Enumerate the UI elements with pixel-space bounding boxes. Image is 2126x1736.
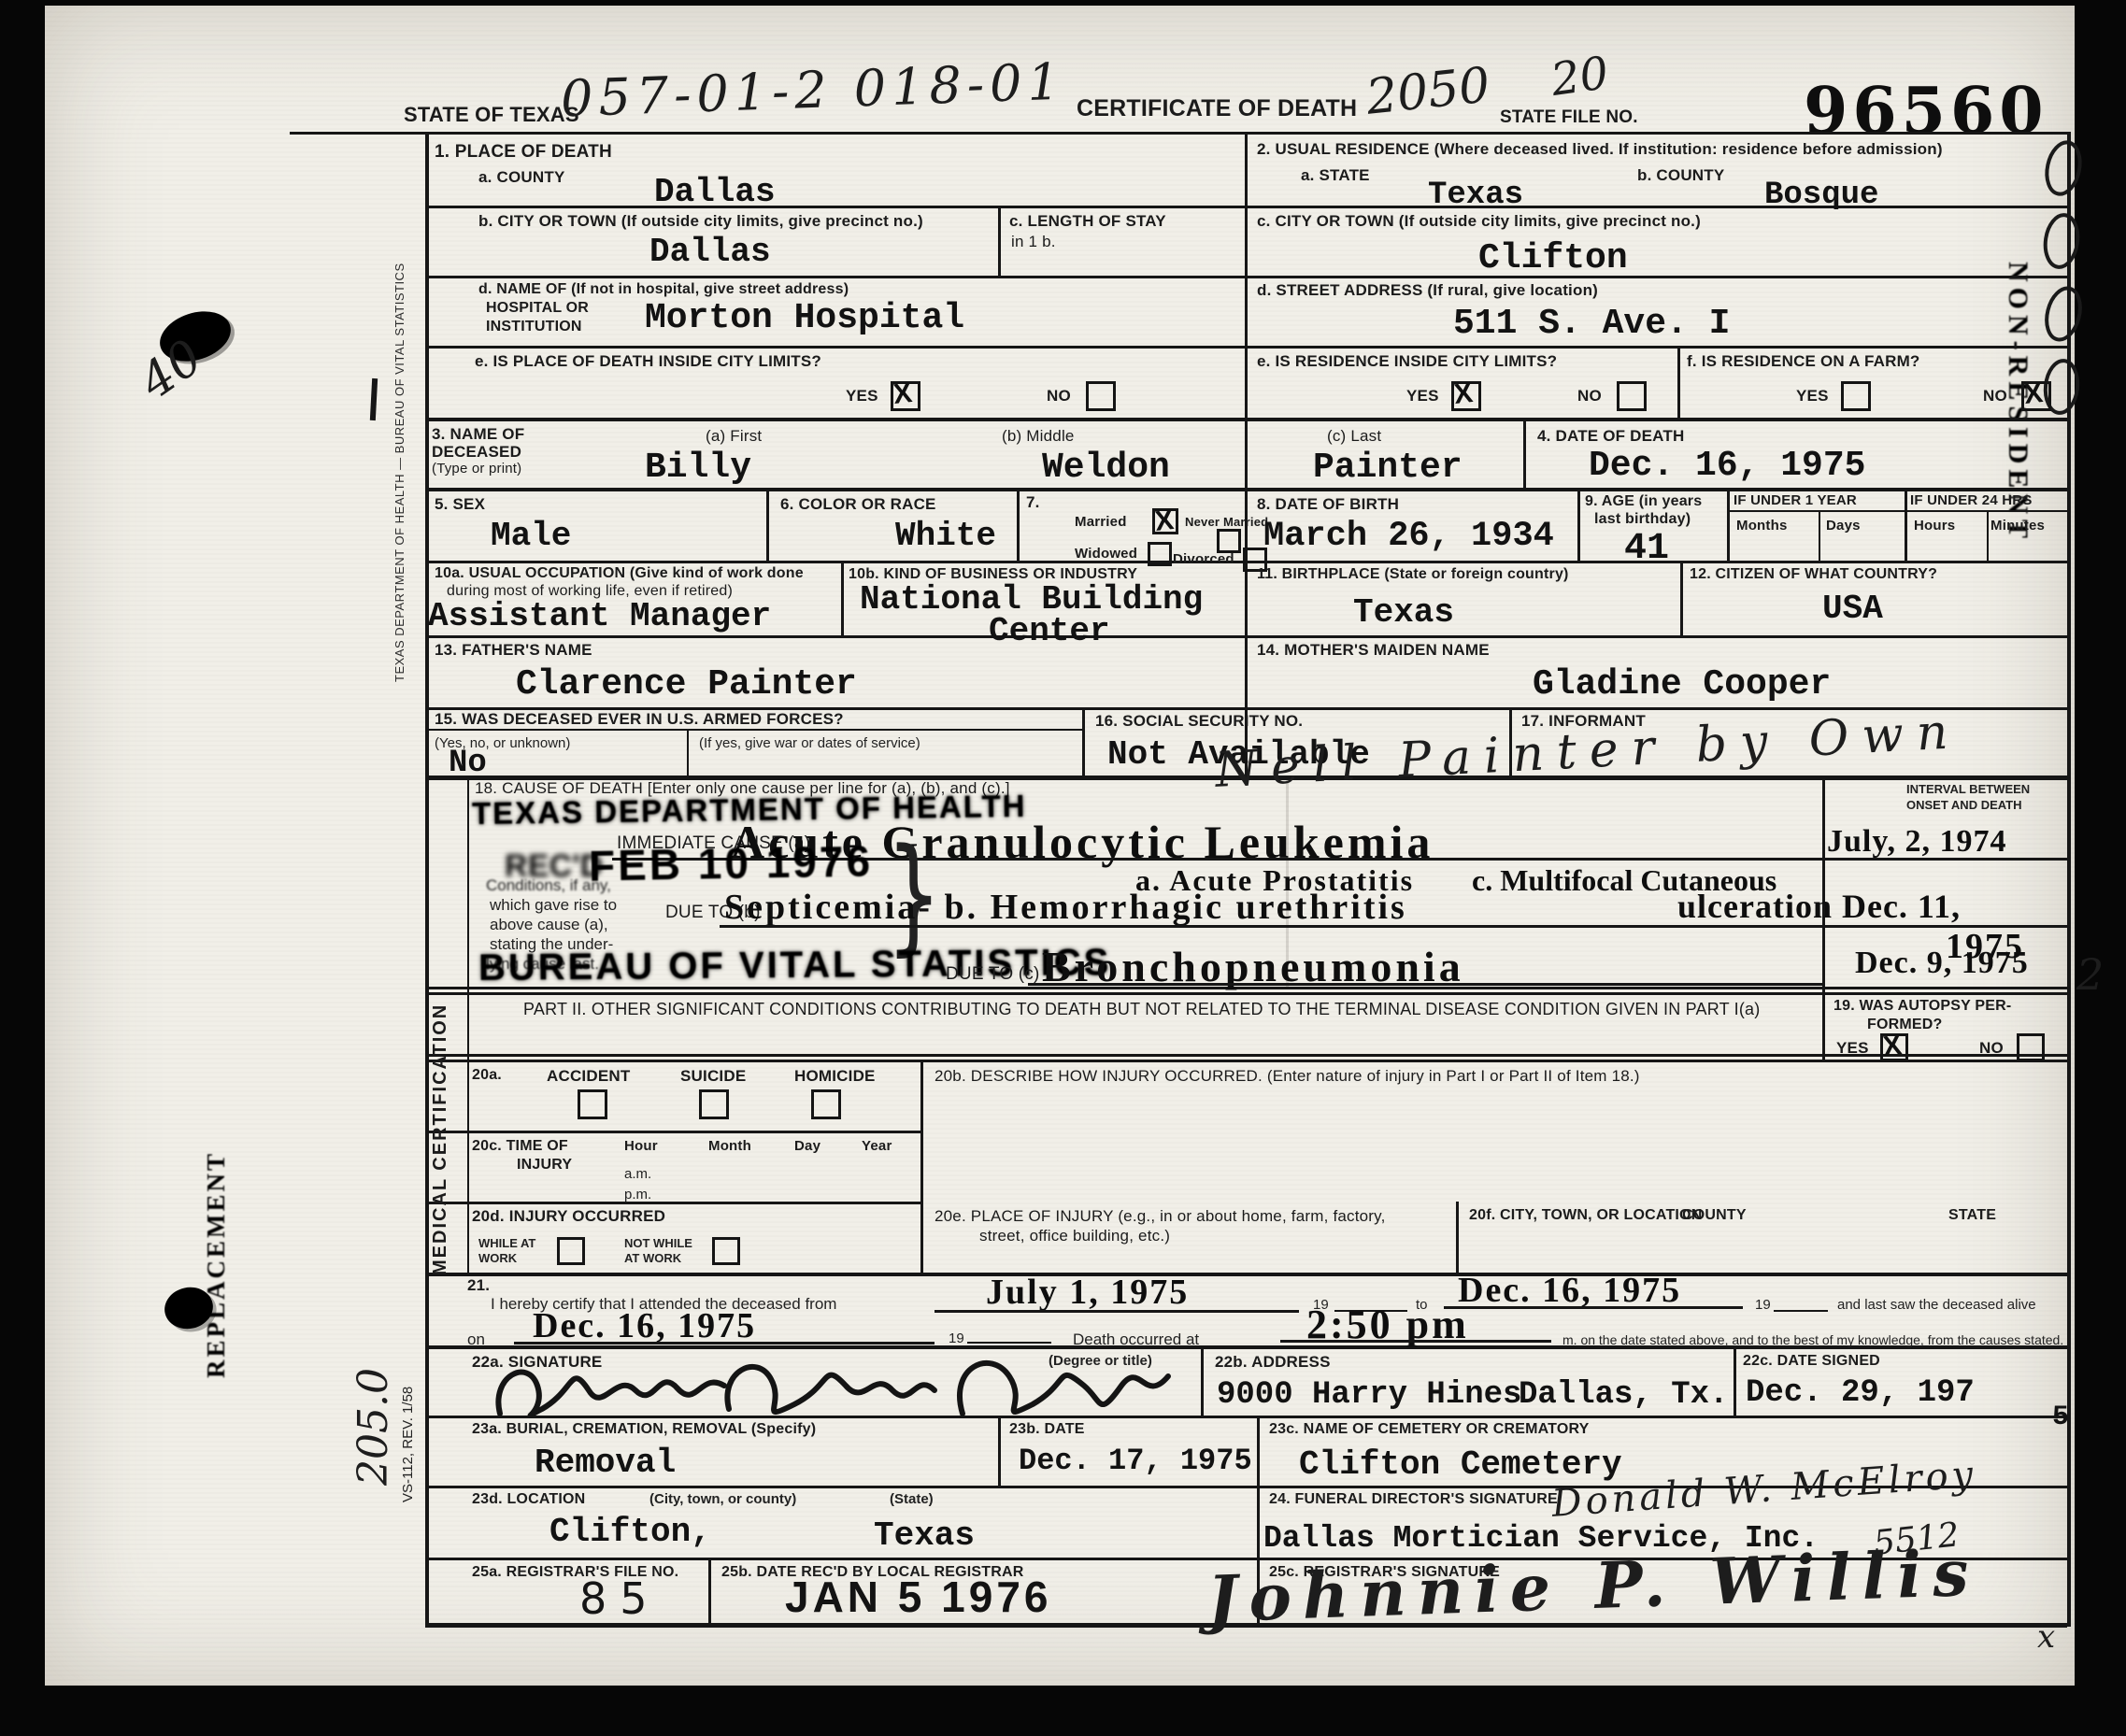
farm-yes: YES bbox=[1796, 387, 1829, 406]
burial-value: Removal bbox=[535, 1446, 676, 1480]
cemetery-value: Clifton Cemetery bbox=[1299, 1448, 1622, 1482]
under-24-hrs-label: IF UNDER 24 HRS bbox=[1910, 492, 2033, 508]
race-value: White bbox=[895, 519, 996, 553]
injury-county-label: COUNTY bbox=[1682, 1207, 1747, 1224]
certificate-title: CERTIFICATE OF DEATH bbox=[1077, 95, 1357, 122]
length-of-stay-label2: in 1 b. bbox=[1011, 233, 1056, 251]
accident-checkbox bbox=[578, 1089, 607, 1119]
date-of-death-label: 4. DATE OF DEATH bbox=[1537, 427, 1684, 446]
under-1-year-label: IF UNDER 1 YEAR bbox=[1734, 492, 1857, 508]
widowed-label: Widowed bbox=[1075, 546, 1137, 562]
autopsy-no: NO bbox=[1979, 1039, 2004, 1058]
day-label: Day bbox=[794, 1138, 820, 1154]
armed-forces-sub2: (If yes, give war or dates of service) bbox=[699, 735, 920, 751]
mother-label: 14. MOTHER'S MAIDEN NAME bbox=[1257, 641, 1490, 660]
name-label2: DECEASED bbox=[432, 443, 521, 462]
cause-note3: above cause (a), bbox=[490, 916, 608, 934]
farm-label: f. IS RESIDENCE ON A FARM? bbox=[1687, 352, 1920, 371]
not-while-label2: AT WORK bbox=[624, 1252, 681, 1266]
injury-occurred-label: 20d. INJURY OCCURRED bbox=[472, 1207, 665, 1226]
handwritten-20: 20 bbox=[1548, 50, 1611, 103]
location-state-value: Texas bbox=[874, 1519, 975, 1553]
residence-state-label: a. STATE bbox=[1301, 166, 1370, 185]
county-value: Dallas bbox=[654, 176, 776, 209]
not-while-label1: NOT WHILE bbox=[624, 1237, 692, 1251]
while-at-label2: WORK bbox=[478, 1252, 517, 1266]
due-to-b-value: Septicemia- b. Hemorrhagic urethritis bbox=[724, 889, 1407, 925]
sex-value: Male bbox=[491, 519, 571, 553]
hour-label: Hour bbox=[624, 1138, 658, 1154]
month-label: Month bbox=[708, 1138, 751, 1154]
citizen-label: 12. CITIZEN OF WHAT COUNTRY? bbox=[1690, 566, 1937, 583]
residence-state-value: Texas bbox=[1428, 179, 1523, 211]
street-label: d. STREET ADDRESS (If rural, give locati… bbox=[1257, 281, 1598, 300]
date-recd-value: JAN 5 1976 bbox=[785, 1575, 1052, 1618]
homicide-label: HOMICIDE bbox=[794, 1067, 876, 1086]
dob-label: 8. DATE OF BIRTH bbox=[1257, 495, 1399, 514]
county-label: a. COUNTY bbox=[478, 168, 564, 187]
injury-city-label: 20f. CITY, TOWN, OR LOCATION bbox=[1469, 1207, 1702, 1224]
death-limits-yes: YES bbox=[846, 387, 878, 406]
widowed-checkbox bbox=[1148, 542, 1172, 566]
hospital-label3: INSTITUTION bbox=[486, 319, 582, 335]
year-blank2: 19 bbox=[1755, 1297, 1771, 1313]
autopsy-yes: YES bbox=[1836, 1039, 1869, 1058]
farm-no: NO bbox=[1983, 387, 2007, 406]
birthplace-value: Texas bbox=[1353, 596, 1454, 630]
while-at-work-checkbox bbox=[557, 1237, 585, 1265]
attending-physician-signature bbox=[486, 1334, 1177, 1437]
margin-handwritten-batch: 205.0 bbox=[353, 1345, 394, 1486]
time-of-injury-label2: INJURY bbox=[517, 1157, 572, 1174]
handwritten-2050: 2050 bbox=[1364, 61, 1492, 122]
replacement-stamp: REPLACEMENT bbox=[202, 1182, 231, 1378]
middle-name-label: (b) Middle bbox=[1002, 427, 1075, 446]
interval-c-value: Dec. 9, 1975 bbox=[1855, 947, 2029, 979]
street-value: 511 S. Ave. I bbox=[1453, 306, 1730, 342]
occupation-label1: 10a. USUAL OCCUPATION (Give kind of work… bbox=[435, 565, 804, 582]
dob-value: March 26, 1934 bbox=[1263, 519, 1554, 554]
residence-county-label: b. COUNTY bbox=[1637, 166, 1724, 185]
name-label1: 3. NAME OF bbox=[432, 425, 524, 444]
location-label: 23d. LOCATION bbox=[472, 1491, 585, 1508]
age-label2: last birthday) bbox=[1594, 511, 1691, 528]
part2-label: PART II. OTHER SIGNIFICANT CONDITIONS CO… bbox=[523, 1000, 1760, 1019]
21-num: 21. bbox=[467, 1276, 490, 1295]
last-name-value: Painter bbox=[1313, 450, 1463, 486]
state-of-texas-label: STATE OF TEXAS bbox=[404, 103, 579, 126]
time-of-injury-label1: 20c. TIME OF bbox=[472, 1138, 568, 1155]
year-label: Year bbox=[862, 1138, 892, 1154]
minutes-label: Minutes bbox=[1990, 518, 2045, 534]
father-value: Clarence Painter bbox=[516, 667, 857, 703]
autopsy-label2: FORMED? bbox=[1867, 1017, 1943, 1033]
address-value1: 9000 Harry Hines bbox=[1217, 1379, 1521, 1411]
registrar-file-value: 85 bbox=[579, 1577, 661, 1620]
due-to-b-right: ulceration Dec. 11, bbox=[1677, 889, 1961, 923]
autopsy-label1: 19. WAS AUTOPSY PER- bbox=[1833, 998, 2011, 1015]
date-signed-value: Dec. 29, 197 bbox=[1746, 1377, 1975, 1409]
interval-label2: ONSET AND DEATH bbox=[1906, 799, 2022, 813]
funeral-director-label: 24. FUNERAL DIRECTOR'S SIGNATURE bbox=[1269, 1491, 1558, 1508]
attended-from-value: July 1, 1975 bbox=[986, 1274, 1189, 1310]
place-of-injury-label2: street, office building, etc.) bbox=[979, 1227, 1170, 1245]
city-value: Dallas bbox=[649, 235, 771, 269]
father-label: 13. FATHER'S NAME bbox=[435, 641, 592, 660]
age-value: 41 bbox=[1624, 531, 1669, 568]
residence-limits-no-checkbox bbox=[1617, 381, 1647, 411]
death-limits-no: NO bbox=[1047, 387, 1071, 406]
city-label: b. CITY OR TOWN (If outside city limits,… bbox=[478, 212, 923, 231]
hospital-label2: HOSPITAL OR bbox=[486, 300, 589, 317]
usual-residence-title: 2. USUAL RESIDENCE (Where deceased lived… bbox=[1257, 140, 1943, 159]
ssn-label: 16. SOCIAL SECURITY NO. bbox=[1095, 712, 1303, 731]
residence-limits-no: NO bbox=[1577, 387, 1602, 406]
middle-name-value: Weldon bbox=[1042, 450, 1170, 486]
cemetery-label: 23c. NAME OF CEMETERY OR CREMATORY bbox=[1269, 1421, 1590, 1438]
birthplace-label: 11. BIRTHPLACE (State or foreign country… bbox=[1257, 566, 1569, 583]
divorced-label: Divorced bbox=[1173, 551, 1234, 567]
location-sub1: (City, town, or county) bbox=[649, 1491, 796, 1507]
residence-limits-yes: YES bbox=[1406, 387, 1439, 406]
citizen-value: USA bbox=[1822, 592, 1883, 626]
injury-state-label: STATE bbox=[1948, 1207, 1996, 1224]
date-of-death-value: Dec. 16, 1975 bbox=[1589, 448, 1865, 484]
hours-label: Hours bbox=[1914, 518, 1955, 534]
days-label: Days bbox=[1826, 518, 1861, 534]
residence-county-value: Bosque bbox=[1764, 179, 1878, 211]
location-sub2: (State) bbox=[890, 1491, 934, 1507]
cause-note1: Conditions, if any, bbox=[486, 876, 611, 895]
married-checkbox bbox=[1152, 508, 1178, 534]
interval-label1: INTERVAL BETWEEN bbox=[1906, 783, 2030, 797]
certify-tail2: m. on the date stated above, and to the … bbox=[1562, 1332, 2063, 1347]
burial-date-value: Dec. 17, 1975 bbox=[1019, 1446, 1252, 1476]
autopsy-yes-checkbox bbox=[1880, 1033, 1908, 1061]
first-name-label: (a) First bbox=[706, 427, 762, 446]
am-label: a.m. bbox=[624, 1166, 651, 1182]
death-limits-yes-checkbox bbox=[891, 381, 920, 411]
mother-value: Gladine Cooper bbox=[1533, 667, 1831, 703]
certify-tail1: and last saw the deceased alive bbox=[1837, 1297, 2036, 1313]
margin-department-text: TEXAS DEPARTMENT OF HEALTH — BUREAU OF V… bbox=[392, 308, 407, 682]
describe-injury-label: 20b. DESCRIBE HOW INJURY OCCURRED. (Ente… bbox=[935, 1067, 1640, 1086]
business-value2: Center bbox=[989, 615, 1110, 648]
marital-label: 7. bbox=[1026, 493, 1040, 512]
due-to-c-label: DUE TO (c) bbox=[946, 964, 1040, 985]
death-limits-no-checkbox bbox=[1086, 381, 1116, 411]
attended-to-value: Dec. 16, 1975 bbox=[1458, 1273, 1681, 1308]
residence-limits-yes-checkbox bbox=[1451, 381, 1481, 411]
on-word: on bbox=[467, 1330, 485, 1349]
pm-label: p.m. bbox=[624, 1187, 651, 1202]
suicide-checkbox bbox=[699, 1089, 729, 1119]
accident-label: ACCIDENT bbox=[547, 1067, 630, 1086]
never-married-label: Never Married bbox=[1185, 516, 1268, 530]
hospital-value: Morton Hospital bbox=[645, 301, 964, 336]
months-label: Months bbox=[1736, 518, 1788, 534]
scanned-death-certificate: { "header": { "state_of_texas": "STATE O… bbox=[0, 0, 2126, 1736]
last-name-label: (c) Last bbox=[1327, 427, 1381, 446]
form-code: VS-112, REV. 1/58 bbox=[400, 1390, 416, 1502]
armed-forces-value: No bbox=[449, 747, 487, 779]
farm-yes-checkbox bbox=[1841, 381, 1871, 411]
medical-certification-vertical: MEDICAL CERTIFICATION bbox=[430, 986, 451, 1275]
location-city-value: Clifton, bbox=[549, 1515, 711, 1549]
while-at-label1: WHILE AT bbox=[478, 1237, 535, 1251]
homicide-checkbox bbox=[811, 1089, 841, 1119]
received-stamp-date: FEB 10 1976 bbox=[589, 836, 874, 890]
sex-label: 5. SEX bbox=[435, 495, 485, 514]
not-while-at-work-checkbox bbox=[712, 1237, 740, 1265]
place-of-injury-label1: 20e. PLACE OF INJURY (e.g., in or about … bbox=[935, 1207, 1386, 1226]
non-resident-stamp: NON-RESIDENT bbox=[2002, 262, 2033, 607]
length-of-stay-label: c. LENGTH OF STAY bbox=[1009, 212, 1166, 231]
place-of-death-title: 1. PLACE OF DEATH bbox=[435, 142, 612, 163]
first-name-value: Billy bbox=[645, 450, 751, 486]
residence-city-value: Clifton bbox=[1478, 241, 1628, 277]
date-signed-wrap: 5 bbox=[2052, 1403, 2069, 1431]
address-value2: Dallas, Tx. bbox=[1519, 1379, 1728, 1411]
race-label: 6. COLOR OR RACE bbox=[780, 495, 936, 514]
suicide-label: SUICIDE bbox=[680, 1067, 746, 1086]
residence-limits-label: e. IS RESIDENCE INSIDE CITY LIMITS? bbox=[1257, 352, 1557, 371]
margin-handwritten-2: 2 bbox=[2076, 953, 2104, 996]
hospital-label1: d. NAME OF (If not in hospital, give str… bbox=[478, 281, 849, 298]
state-file-no-label: STATE FILE NO. bbox=[1500, 107, 1638, 128]
farm-no-checkbox bbox=[2021, 381, 2051, 411]
armed-forces-label: 15. WAS DECEASED EVER IN U.S. ARMED FORC… bbox=[435, 710, 844, 729]
name-label3: (Type or print) bbox=[432, 461, 521, 477]
date-signed-label: 22c. DATE SIGNED bbox=[1743, 1353, 1880, 1370]
married-label: Married bbox=[1075, 514, 1127, 530]
residence-city-label: c. CITY OR TOWN (If outside city limits,… bbox=[1257, 212, 1701, 231]
occupation-value: Assistant Manager bbox=[428, 600, 771, 633]
cause-note2: which gave rise to bbox=[490, 896, 617, 915]
interval-a-value: July, 2, 1974 bbox=[1827, 826, 2006, 858]
autopsy-no-checkbox bbox=[2017, 1033, 2045, 1061]
20a-num: 20a. bbox=[472, 1067, 502, 1084]
address-label: 22b. ADDRESS bbox=[1215, 1353, 1331, 1372]
age-label1: 9. AGE (in years bbox=[1585, 493, 1702, 510]
death-city-limits-label: e. IS PLACE OF DEATH INSIDE CITY LIMITS? bbox=[475, 352, 821, 371]
never-married-checkbox bbox=[1217, 529, 1241, 553]
